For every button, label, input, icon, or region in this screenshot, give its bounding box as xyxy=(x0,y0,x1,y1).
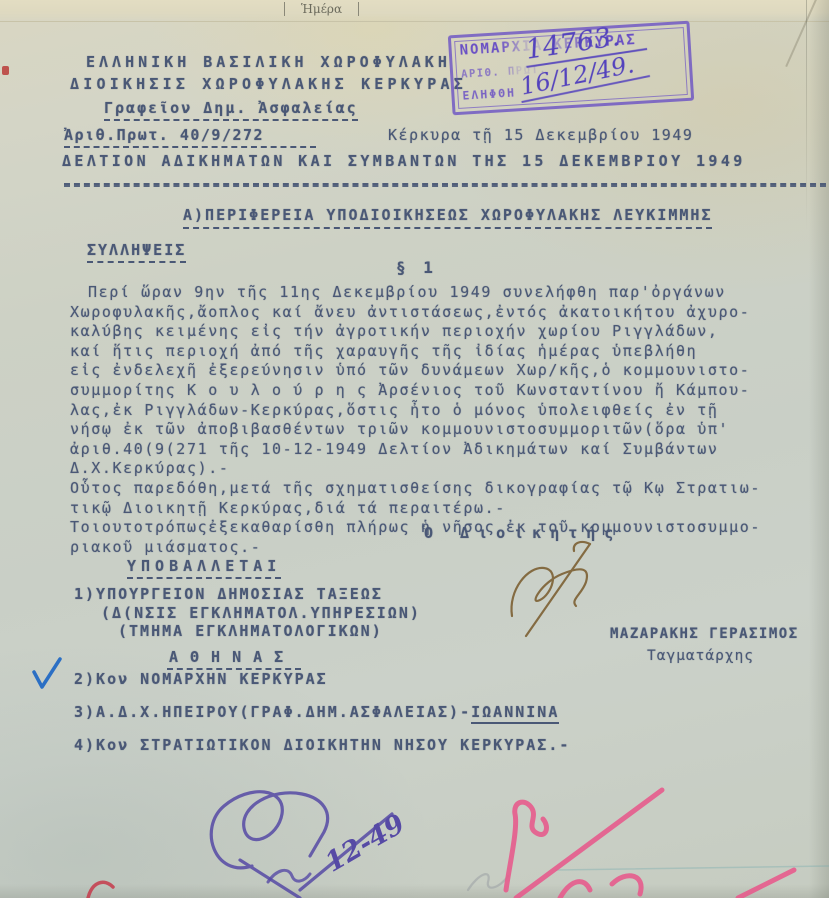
signature-scribble xyxy=(492,538,632,638)
letterhead-office: Γραφεῖον Δημ. Ἀσφαλείας xyxy=(104,99,358,121)
distribution-city-ioannina: ΙΩΑΝΝΙΝΑ xyxy=(471,703,559,724)
scanned-document-page: Ἡμέρα ΕΛΛΗΝΙΚΗ ΒΑΣΙΛΙΚΗ ΧΩΡΟΦΥΛΑΚΗ ΔΙΟΙΚ… xyxy=(0,0,829,898)
body-line: καλύβης κειμένης εἰς τήν ἀγροτικήν περιο… xyxy=(70,322,800,342)
checkmark-icon xyxy=(28,655,66,693)
distribution-city-athens: ΑΘΗΝΑΣ xyxy=(167,648,301,670)
body-line: λας,ἐκ Ριγγλάδων-Κερκύρας,ὅστις ἦτο ὁ μό… xyxy=(70,401,800,421)
body-line: τικῷ Διοικητῇ Κερκύρας,διά τά περαιτέρω.… xyxy=(70,499,800,519)
receipt-stamp: ΝΟΜΑΡΧΙΑ ΚΕΡΚΥΡΑΣ ΑΡΙΘ. ΠΡΩΤ. ΕΛΗΦΘΗ 147… xyxy=(448,21,694,116)
handwritten-annotations xyxy=(0,770,829,898)
distribution-item-1-sub: (Δ(ΝΣΙΣ ΕΓΚΛΗΜΑΤΟΛ.ΥΠΗΡΕΣΙΩΝ) xyxy=(101,604,421,622)
body-line: Δ.Χ.Κερκύρας).- xyxy=(70,459,800,479)
arrests-heading: ΣΥΛΛΗΨΕΙΣ xyxy=(87,241,186,263)
signatory-name: ΜΑΖΑΡΑΚΗΣ ΓΕΡΑΣΙΜΟΣ xyxy=(610,626,799,642)
body-line: εἰς ἐνδελεχῆ ἐξερεύνησιν ὑπό τῶν δυνάμεω… xyxy=(70,361,800,381)
distribution-item-1-sub: (ΤΜΗΜΑ ΕΓΚΛΗΜΑΤΟΛΟΓΙΚΩΝ) xyxy=(118,622,383,640)
letterhead-command: ΔΙΟΙΚΗΣΙΣ ΧΩΡΟΦΥΛΑΚΗΣ ΚΕΡΚΥΡΑΣ xyxy=(70,75,467,93)
distribution-item-3: 3)Α.Δ.Χ.ΗΠΕΙΡΟΥ(ΓΡΑΦ.ΔΗΜ.ΑΣΦΑΛΕΙΑΣ)-ΙΩΑΝ… xyxy=(74,703,559,721)
body-line: Οὗτος παρεδόθη,μετά τῆς σχηματισθείσης δ… xyxy=(70,479,800,499)
distribution-item-4: 4)Κον ΣΤΡΑΤΙΩΤΙΚΟΝ ΔΙΟΙΚΗΤΗΝ ΝΗΣΟΥ ΚΕΡΚΥ… xyxy=(74,736,570,754)
submission-heading: ΥΠΟΒΑΛΛΕΤΑΙ xyxy=(127,557,281,579)
section-heading: Α)ΠΕΡΙΦΕΡΕΙΑ ΥΠΟΔΙΟΙΚΗΣΕΩΣ ΧΩΡΟΦΥΛΑΚΗΣ Λ… xyxy=(183,206,712,229)
letterhead-service: ΕΛΛΗΝΙΚΗ ΒΑΣΙΛΙΚΗ ΧΩΡΟΦΥΛΑΚΗ xyxy=(86,53,451,71)
signatory-rank: Ταγματάρχης xyxy=(647,648,754,664)
separator-rule xyxy=(64,183,826,187)
ledger-day-column-header: Ἡμέρα xyxy=(284,2,359,16)
document-title: ΔΕΛΤΙΟΝ ΑΔΙΚΗΜΑΤΩΝ ΚΑΙ ΣΥΜΒΑΝΤΩΝ ΤΗΣ 15 … xyxy=(62,152,746,170)
red-margin-mark xyxy=(2,66,9,75)
body-line: συμμορίτης Κ ο υ λ ο ύ ρ η ς Ἀρσένιος το… xyxy=(70,381,800,401)
paper-crease xyxy=(806,0,808,230)
report-body: Περί ὥραν 9ην τῆς 11ης Δεκεμβρίου 1949 σ… xyxy=(70,283,800,557)
paragraph-mark: § 1 xyxy=(396,258,437,277)
protocol-number: Ἀριθ.Πρωτ. 40/9/272 xyxy=(64,126,316,148)
distribution-item-2: 2)Κον ΝΟΜΑΡΧΗΝ ΚΕΡΚΥΡΑΣ xyxy=(74,670,328,688)
page-edge-shadow xyxy=(809,0,829,898)
distribution-item-1: 1)ΥΠΟΥΡΓΕΙΟΝ ΔΗΜΟΣΙΑΣ ΤΑΞΕΩΣ xyxy=(74,585,383,603)
body-line: Περί ὥραν 9ην τῆς 11ης Δεκεμβρίου 1949 σ… xyxy=(70,283,800,303)
body-line: Χωροφυλακῆς,ἄοπλος καί ἄνευ ἀντιστάσεως,… xyxy=(70,303,800,323)
distribution-item-3-text: 3)Α.Δ.Χ.ΗΠΕΙΡΟΥ(ΓΡΑΦ.ΔΗΜ.ΑΣΦΑΛΕΙΑΣ)- xyxy=(74,703,471,721)
body-line: νήσῳ ἐκ τῶν ἀποβιβασθέντων τριῶν κομμουν… xyxy=(70,420,800,440)
body-line: καί ἥτις περιοχή ἀπό τῆς χαραυγῆς τῆς ἰδ… xyxy=(70,342,800,362)
body-line: ἀριθ.40(9(271 τῆς 10-12-1949 Δελτίον Ἀδι… xyxy=(70,440,800,460)
ledger-strip: Ἡμέρα xyxy=(0,0,829,22)
place-and-date: Κέρκυρα τῇ 15 Δεκεμβρίου 1949 xyxy=(388,126,693,144)
